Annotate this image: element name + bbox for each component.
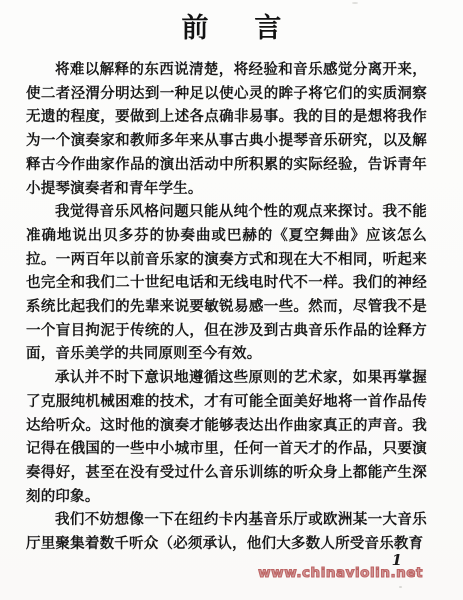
watermark-text: www.chinaviolin.net bbox=[258, 565, 423, 581]
paragraph: 我们不妨想像一下在纽约卡内基音乐厅或欧洲某一大音乐厅里聚集着数千听众（必须承认，… bbox=[26, 509, 427, 556]
paragraph: 承认并不时下意识地遵循这些原则的艺术家，如果再掌握了克服纯机械困难的技术，才有可… bbox=[26, 367, 427, 509]
page-title: 前言 bbox=[0, 6, 463, 45]
scanned-book-page: 前言 将难以解释的东西说清楚，将经验和音乐感觉分离开来，使二者泾渭分明达到一种足… bbox=[0, 0, 463, 600]
body-text: 将难以解释的东西说清楚，将经验和音乐感觉分离开来，使二者泾渭分明达到一种足以使心… bbox=[26, 59, 427, 557]
scan-speck bbox=[399, 586, 402, 588]
scan-speck bbox=[352, 2, 358, 4]
scan-speck bbox=[205, 86, 208, 89]
paragraph: 将难以解释的东西说清楚，将经验和音乐感觉分离开来，使二者泾渭分明达到一种足以使心… bbox=[26, 59, 427, 201]
scan-speck bbox=[210, 431, 212, 433]
paragraph: 我觉得音乐风格问题只能从纯个性的观点来探讨。我不能准确地说出贝多芬的协奏曲或巴赫… bbox=[26, 201, 427, 367]
